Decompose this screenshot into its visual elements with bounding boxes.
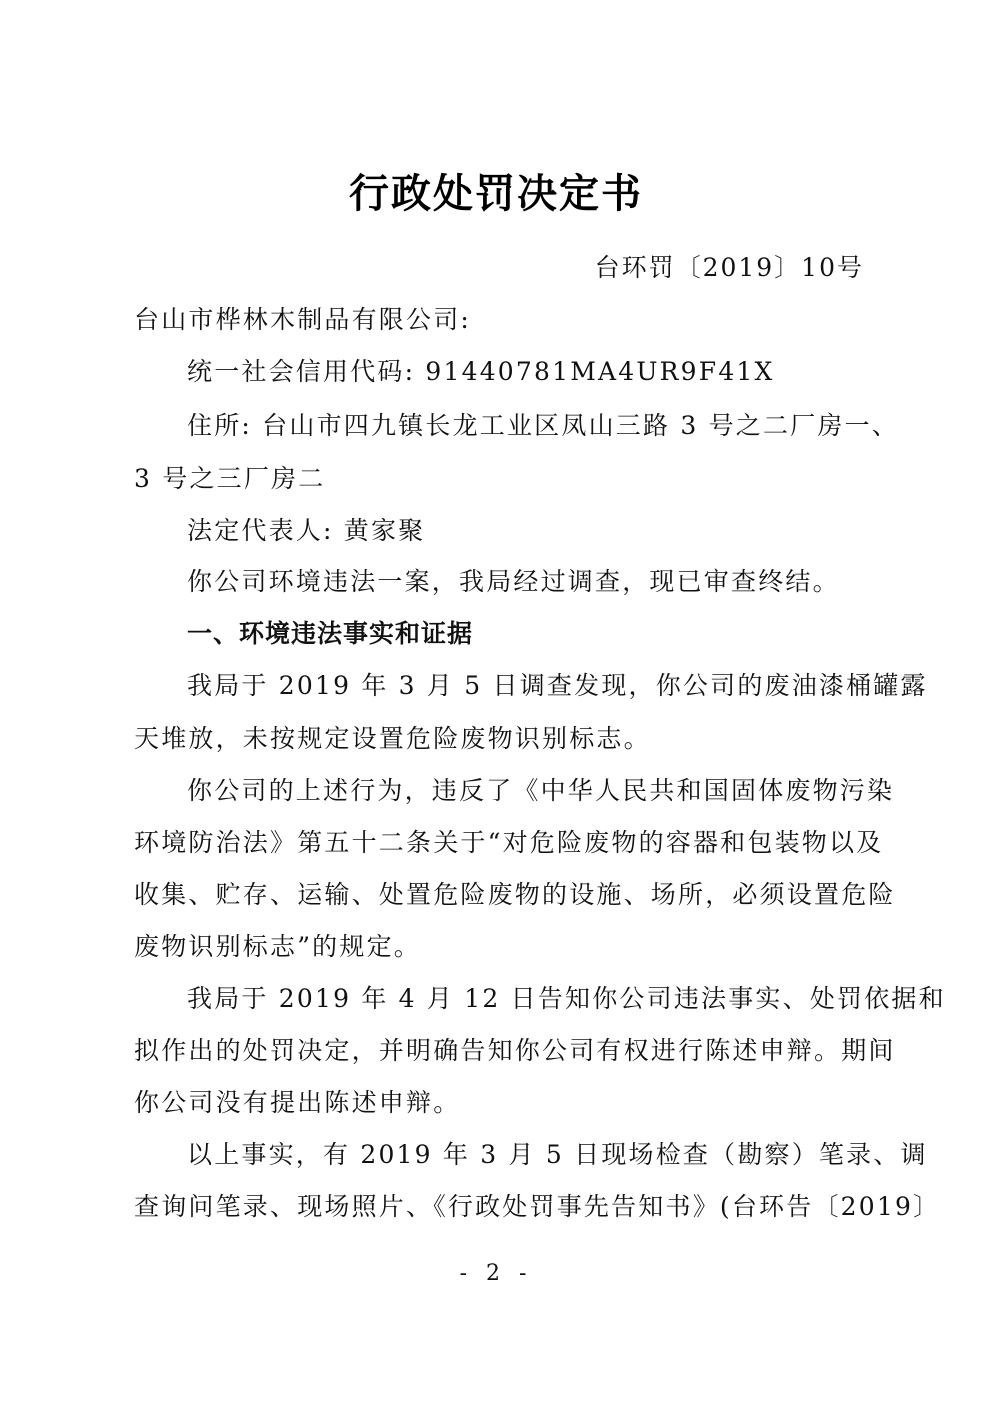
- recipient-name: 台山市桦林木制品有限公司:: [134, 300, 870, 340]
- paragraph-2-line-2: 环境防治法》第五十二条关于“对危险废物的容器和包装物以及: [134, 823, 870, 863]
- paragraph-1-line-1: 我局于 2019 年 3 月 5 日调查发现，你公司的废油漆桶罐露: [187, 666, 870, 706]
- paragraph-2-line-3: 收集、贮存、运输、处置危险废物的设施、场所，必须设置危险: [134, 875, 870, 915]
- paragraph-3-line-3: 你公司没有提出陈述申辩。: [134, 1083, 870, 1123]
- paragraph-1-line-2: 天堆放，未按规定设置危险废物识别标志。: [134, 719, 870, 759]
- paragraph-2-line-4: 废物识别标志”的规定。: [134, 927, 870, 967]
- document-title: 行政处罚决定书: [0, 166, 992, 222]
- section-1-heading: 一、环境违法事实和证据: [187, 614, 870, 654]
- credit-code: 统一社会信用代码: 91440781MA4UR9F41X: [187, 352, 870, 392]
- intro-paragraph: 你公司环境违法一案，我局经过调查，现已审查终结。: [187, 562, 870, 602]
- paragraph-2-line-1: 你公司的上述行为，违反了《中华人民共和国固体废物污染: [187, 771, 870, 811]
- legal-representative: 法定代表人: 黄家聚: [187, 511, 870, 551]
- address-line-2: 3 号之三厂房二: [134, 459, 870, 499]
- document-page: 行政处罚决定书 台环罚〔2019〕10号 台山市桦林木制品有限公司: 统一社会信…: [0, 0, 992, 1403]
- document-number: 台环罚〔2019〕10号: [595, 248, 864, 288]
- paragraph-4-line-1: 以上事实，有 2019 年 3 月 5 日现场检查（勘察）笔录、调: [187, 1135, 870, 1175]
- paragraph-3-line-2: 拟作出的处罚决定，并明确告知你公司有权进行陈述申辩。期间: [134, 1031, 870, 1071]
- paragraph-4-line-2: 查询问笔录、现场照片、《行政处罚事先告知书》(台环告〔2019〕: [134, 1187, 870, 1227]
- paragraph-3-line-1: 我局于 2019 年 4 月 12 日告知你公司违法事实、处罚依据和: [187, 979, 870, 1019]
- page-number: - 2 -: [0, 1258, 992, 1290]
- address-line-1: 住所: 台山市四九镇长龙工业区凤山三路 3 号之二厂房一、: [187, 406, 870, 446]
